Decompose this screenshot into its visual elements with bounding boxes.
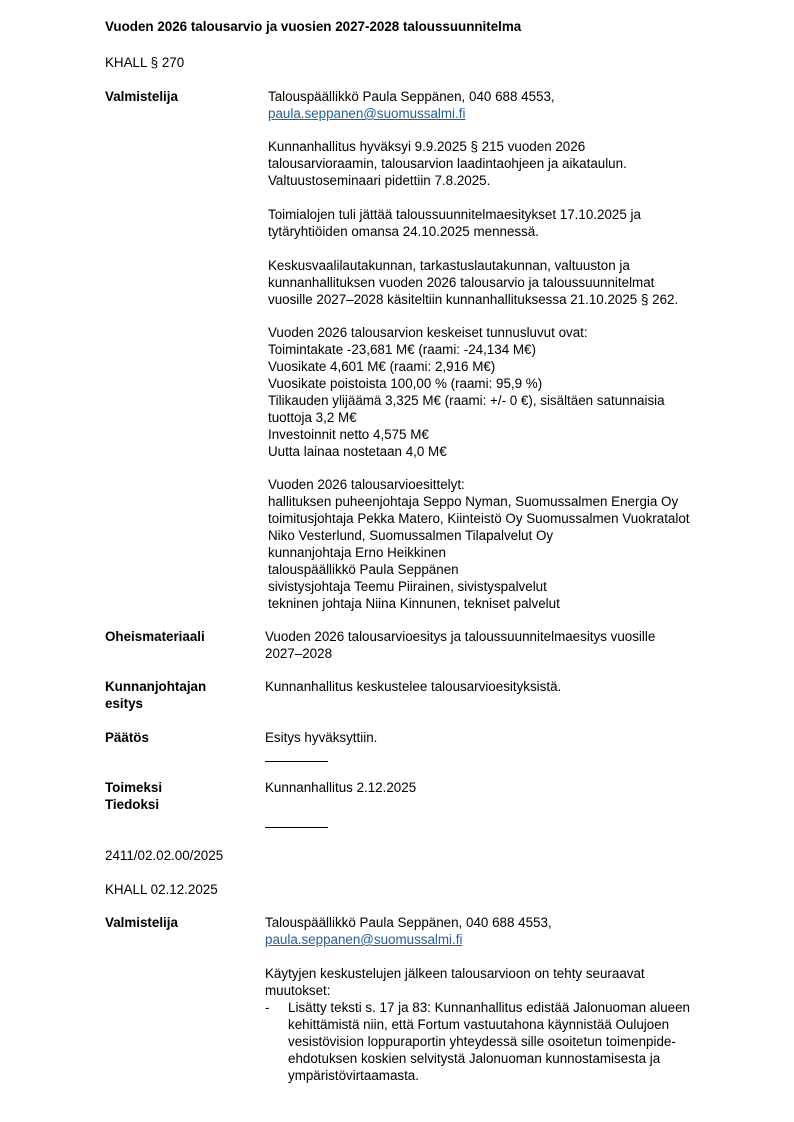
paragraph-processing: Keskusvaalilautakunnan, tarkastuslautaku… <box>268 257 678 308</box>
preparer-text: Talouspäällikkö Paula Seppänen, 040 688 … <box>265 914 552 931</box>
text-line: hallituksen puheenjohtaja Seppo Nyman, S… <box>268 493 690 510</box>
oheismateriaali-label: Oheismateriaali <box>105 628 205 645</box>
changes-intro: Käytyjen keskustelujen jälkeen talousarv… <box>265 965 645 999</box>
record-number: 2411/02.02.00/2025 <box>105 847 223 864</box>
valmistelija-label: Valmistelija <box>105 88 178 105</box>
text-line: Kunnanhallitus hyväksyi 9.9.2025 § 215 v… <box>268 138 627 155</box>
text-line: Toimintakate -23,681 M€ (raami: -24,134 … <box>268 341 665 358</box>
text-line: Tilikauden ylijäämä 3,325 M€ (raami: +/-… <box>268 392 665 409</box>
text-line: talousarvioraamin, talousarvion laadinta… <box>268 155 627 172</box>
text-line: kehittämistä niin, että Fortum vastuutah… <box>288 1016 738 1033</box>
text-line: tytäryhtiöiden omansa 24.10.2025 menness… <box>268 223 641 240</box>
text-line: Vuoden 2026 talousarvion keskeiset tunnu… <box>268 324 665 341</box>
text-line: vuosille 2027–2028 käsiteltiin kunnanhal… <box>268 291 678 308</box>
oheismateriaali-text: Vuoden 2026 talousarvioesitys ja talouss… <box>265 628 655 662</box>
text-line: tuottoja 3,2 M€ <box>268 409 665 426</box>
valmistelija-block: Talouspäällikkö Paula Seppänen, 040 688 … <box>268 88 555 122</box>
text-line: Toimialojen tuli jättää taloussuunnitelm… <box>268 206 641 223</box>
label-line: Kunnanjohtajan <box>105 678 206 695</box>
second-section-reference: KHALL 02.12.2025 <box>105 881 218 898</box>
preparer-text: Talouspäällikkö Paula Seppänen, 040 688 … <box>268 88 555 105</box>
label-line: esitys <box>105 695 206 712</box>
paragraph-submissions: Toimialojen tuli jättää taloussuunnitelm… <box>268 206 641 240</box>
text-line: sivistysjohtaja Teemu Piirainen, sivisty… <box>268 578 690 595</box>
text-line: Vuosikate poistoista 100,00 % (raami: 95… <box>268 375 665 392</box>
text-line: muutokset: <box>265 982 645 999</box>
paragraph-key-figures: Vuoden 2026 talousarvion keskeiset tunnu… <box>268 324 665 460</box>
document-title: Vuoden 2026 talousarvio ja vuosien 2027-… <box>105 19 521 34</box>
text-line: ympäristövirtaamasta. <box>288 1067 738 1084</box>
text-line: kunnanjohtaja Erno Heikkinen <box>268 544 690 561</box>
valmistelija2-label: Valmistelija <box>105 914 178 931</box>
text-line: Vuoden 2026 talousarvioesittelyt: <box>268 476 690 493</box>
text-line: kunnanhallituksen vuoden 2026 talousarvi… <box>268 274 678 291</box>
section-reference: KHALL § 270 <box>105 54 184 71</box>
text-line: ehdotuksen koskien selvitystä Jalonuoman… <box>288 1050 738 1067</box>
list-marker: - <box>265 999 269 1016</box>
text-line: tekninen johtaja Niina Kinnunen, teknise… <box>268 595 690 612</box>
toimeksi-text: Kunnanhallitus 2.12.2025 <box>265 779 416 796</box>
text-line: talouspäällikkö Paula Seppänen <box>268 561 690 578</box>
label-line: Toimeksi <box>105 779 162 796</box>
text-line: Niko Vesterlund, Suomussalmen Tilapalvel… <box>268 527 690 544</box>
text-line: toimitusjohtaja Pekka Matero, Kiinteistö… <box>268 510 690 527</box>
paragraph-presentations: Vuoden 2026 talousarvioesittelyt: hallit… <box>268 476 690 612</box>
text-line: Vuosikate 4,601 M€ (raami: 2,916 M€) <box>268 358 665 375</box>
kunnanjohtajan-esitys-label: Kunnanjohtajan esitys <box>105 678 206 712</box>
text-line: Käytyjen keskustelujen jälkeen talousarv… <box>265 965 645 982</box>
text-line: 2027–2028 <box>265 645 655 662</box>
paatos-text: Esitys hyväksyttiin. <box>265 729 377 746</box>
preparer-email-link[interactable]: paula.seppanen@suomussalmi.fi <box>265 931 552 948</box>
text-line: Investoinnit netto 4,575 M€ <box>268 426 665 443</box>
separator-line <box>265 827 328 828</box>
label-line: Tiedoksi <box>105 796 162 813</box>
list-item-text: Lisätty teksti s. 17 ja 83: Kunnanhallit… <box>288 999 738 1084</box>
text-line: Vuoden 2026 talousarvioesitys ja talouss… <box>265 628 655 645</box>
toimeksi-tiedoksi-label: Toimeksi Tiedoksi <box>105 779 162 813</box>
valmistelija2-block: Talouspäällikkö Paula Seppänen, 040 688 … <box>265 914 552 948</box>
preparer-email-link[interactable]: paula.seppanen@suomussalmi.fi <box>268 105 555 122</box>
kunnanjohtajan-esitys-text: Kunnanhallitus keskustelee talousarvioes… <box>265 678 561 695</box>
text-line: Lisätty teksti s. 17 ja 83: Kunnanhallit… <box>288 999 738 1016</box>
text-line: vesistövision loppuraportin yhteydessä s… <box>288 1033 738 1050</box>
paragraph-budget-frame: Kunnanhallitus hyväksyi 9.9.2025 § 215 v… <box>268 138 627 189</box>
text-line: Valtuustoseminaari pidettiin 7.8.2025. <box>268 172 627 189</box>
separator-line <box>265 761 328 762</box>
text-line: Keskusvaalilautakunnan, tarkastuslautaku… <box>268 257 678 274</box>
paatos-label: Päätös <box>105 729 149 746</box>
text-line: Uutta lainaa nostetaan 4,0 M€ <box>268 443 665 460</box>
